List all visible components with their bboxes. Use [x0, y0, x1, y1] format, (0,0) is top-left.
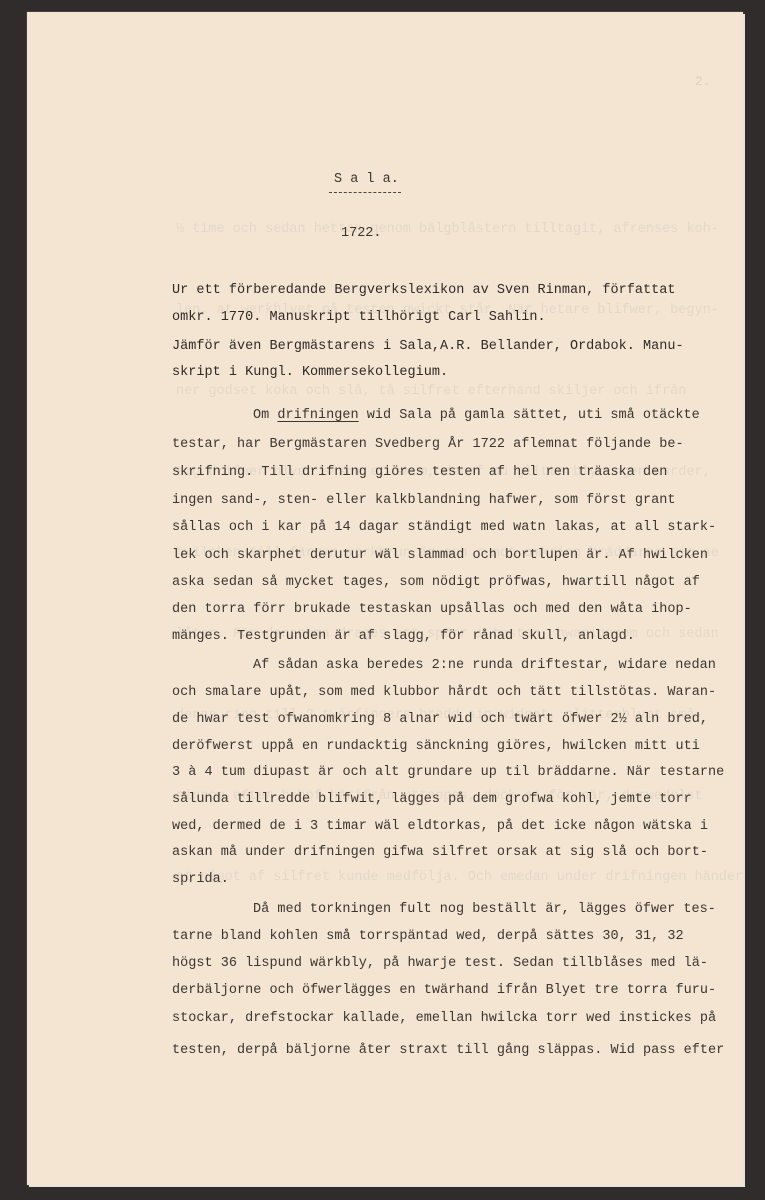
source-note-line: Ur ett förberedande Bergverkslexikon av …: [172, 283, 676, 298]
paragraph-1-line: lek och skarphet derutur wäl slammad och…: [172, 548, 708, 563]
show-through-line: ½ time och sedan hettan genom bälgblåste…: [176, 216, 743, 243]
show-through-line: at något af silfret kunde medfölja. Och …: [176, 864, 743, 891]
title-underline: [329, 192, 401, 193]
paragraph-2-line: askan må under drifningen gifwa silfret …: [172, 845, 708, 860]
paragraph-3-line: högst 36 lispund wärkbly, på hwarje test…: [172, 956, 708, 971]
paragraph-1-line: mänges. Testgrunden är af slagg, för rån…: [172, 629, 635, 644]
text-run: wid Sala på gamla sättet, uti små otäckt…: [359, 408, 700, 423]
paragraph-1-line: Om drifningen wid Sala på gamla sättet, …: [253, 408, 700, 423]
paragraph-3-line: testen, derpå bäljorne åter straxt till …: [172, 1043, 724, 1058]
paragraph-3-line: stockar, drefstockar kallade, emellan hw…: [172, 1011, 716, 1026]
paragraph-2-line: sålunda tillredde blifwit, lägges på dem…: [172, 792, 692, 807]
paragraph-3-line: Då med torkningen fult nog beställt är, …: [253, 902, 716, 917]
source-note-line: omkr. 1770. Manuskript tillhörigt Carl S…: [172, 310, 546, 325]
paragraph-2-line: sprida.: [172, 872, 229, 887]
text-run: Om: [253, 408, 277, 423]
source-note-line: skript i Kungl. Kommersekollegium.: [172, 365, 448, 380]
paragraph-2-line: deröfwerst uppå en rundacktig sänckning …: [172, 739, 700, 754]
paragraph-3-line: tarne bland kohlen små torrspäntad wed, …: [172, 929, 684, 944]
paragraph-1-line: ingen sand-, sten- eller kalkblandning h…: [172, 493, 676, 508]
page-number: 2.: [695, 74, 711, 89]
paragraph-1-line: aska sedan så mycket tages, som nödigt p…: [172, 575, 700, 590]
paragraph-1-line: den torra förr brukade testaskan upsålla…: [172, 602, 692, 617]
paragraph-1-line: testar, har Bergmästaren Svedberg År 172…: [172, 437, 684, 452]
document-year: 1722.: [341, 226, 382, 241]
show-through-line: ner godset koka och slå, tå silfret efte…: [176, 378, 743, 405]
paragraph-2-line: de hwar test ofwanomkring 8 alnar wid oc…: [172, 712, 708, 727]
paragraph-1-line: sållas och i kar på 14 dagar ständigt me…: [172, 520, 716, 535]
paragraph-1-line: skrifning. Till drifning giöres testen a…: [172, 465, 667, 480]
paragraph-3-line: derbäljorne och öfwerlägges en twärhand …: [172, 983, 716, 998]
paragraph-2-line: 3 à 4 tum diupast är och alt grundare up…: [172, 765, 724, 780]
paragraph-2-line: Af sådan aska beredes 2:ne runda driftes…: [253, 658, 716, 673]
document-page: ½ time och sedan hettan genom bälgblåste…: [27, 12, 743, 1185]
paragraph-2-line: och smalare upåt, som med klubbor hårdt …: [172, 685, 716, 700]
underlined-term: drifningen: [277, 408, 358, 423]
source-note-line: Jämför även Bergmästarens i Sala,A.R. Be…: [172, 339, 684, 354]
document-title: S a l a.: [334, 172, 399, 187]
paragraph-2-line: wed, dermed de i 3 timar wäl eldtorkas, …: [172, 819, 708, 834]
